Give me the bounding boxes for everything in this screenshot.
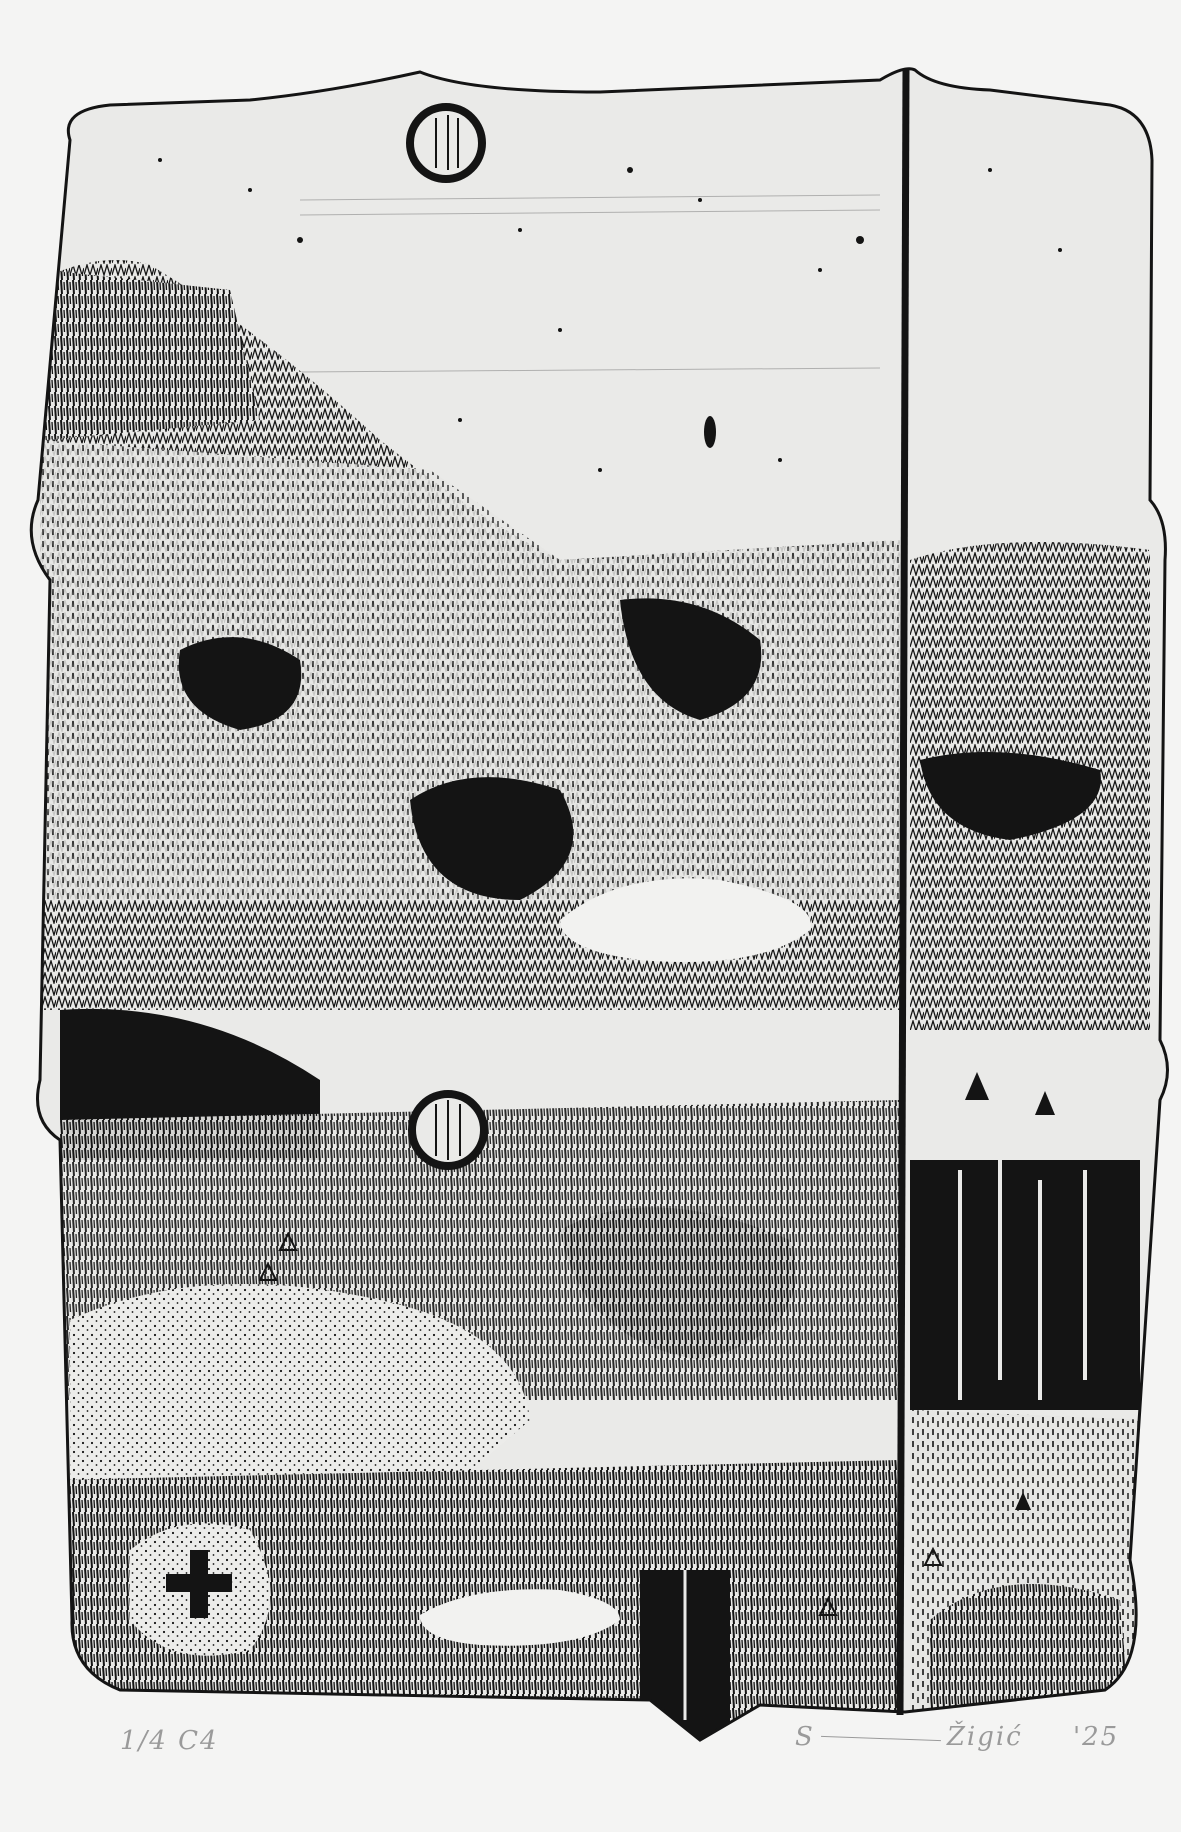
etching-artwork: [0, 0, 1181, 1832]
artist-signature: SŽigić '25: [795, 1722, 1119, 1752]
signature-stroke: [821, 1735, 941, 1740]
edition-number: 1/4 C4: [120, 1726, 219, 1756]
lower-circle-motif: [412, 1094, 484, 1166]
signature-initial: S: [795, 1722, 815, 1752]
signature-name: Žigić: [947, 1722, 1023, 1752]
upper-circle-motif: [410, 107, 482, 179]
printed-plate: [0, 0, 1181, 1832]
signature-year: '25: [1073, 1722, 1119, 1752]
